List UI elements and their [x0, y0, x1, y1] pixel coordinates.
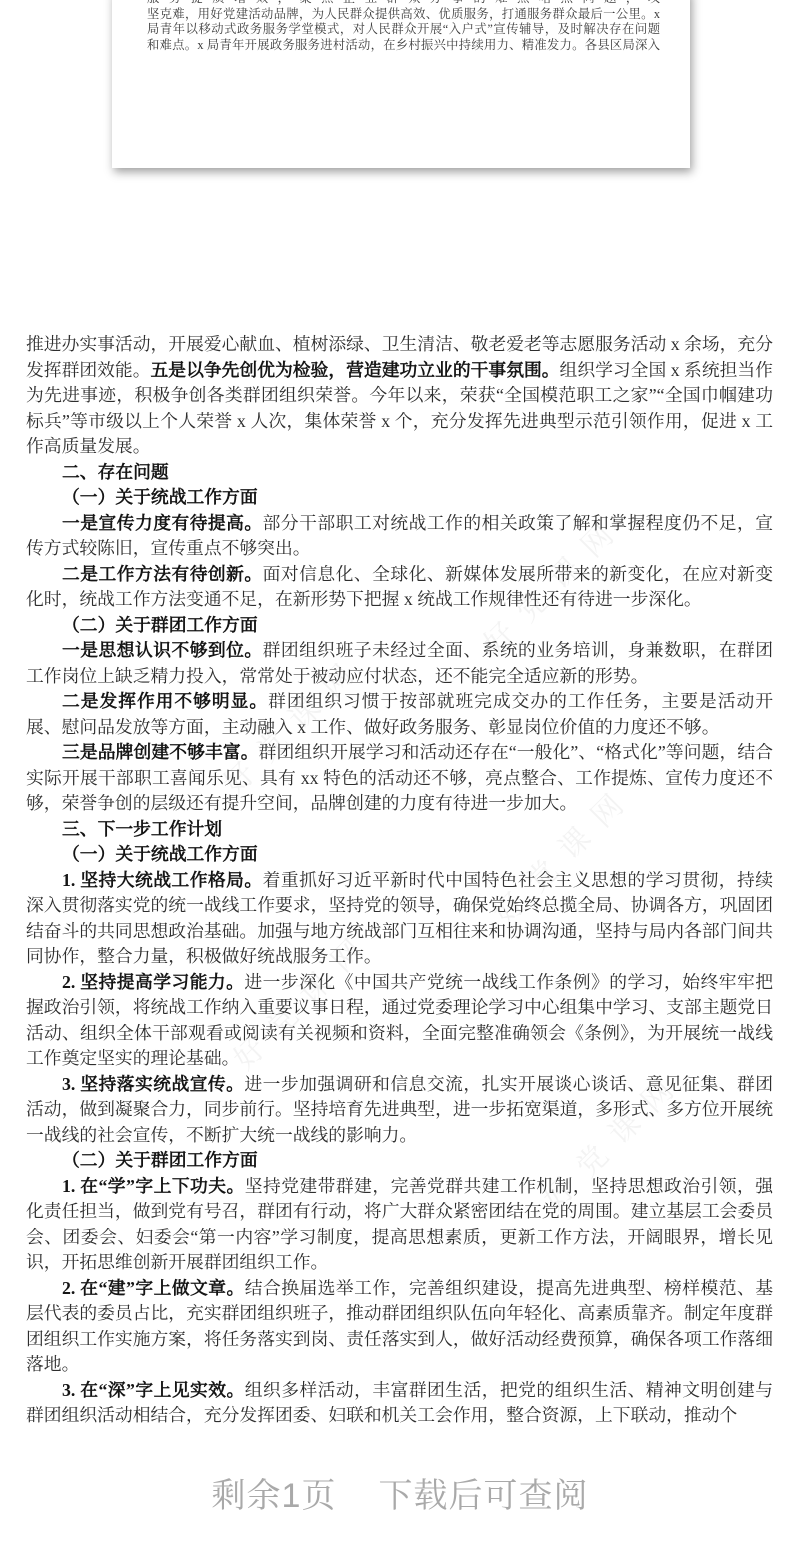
prev-page-clipped-line: 服务提质增效，聚焦企业群众办事的难点堵点问题，攻 — [147, 0, 660, 7]
bold-run: 五是以争先创优为检验，营造建功立业的干事氛围。 — [151, 360, 560, 380]
bold-run: 一是宣传力度有待提高。 — [62, 513, 263, 533]
bold-run: （一）关于统战工作方面 — [62, 487, 258, 507]
bold-run: 二是工作方法有待创新。 — [62, 564, 263, 584]
bold-run: （二）关于群团工作方面 — [62, 1150, 258, 1170]
bold-run: 三是品牌创建不够丰富。 — [62, 742, 259, 762]
document-body: 推进办实事活动，开展爱心献血、植树添绿、卫生清洁、敬老爱老等志愿服务活动 x 余… — [0, 332, 800, 1429]
bold-run: 2. 坚持提高学习能力。 — [62, 972, 244, 992]
paragraph: 2. 坚持提高学习能力。进一步深化《中国共产党统一战线工作条例》的学习，始终牢牢… — [26, 970, 773, 1072]
bold-run: 二是发挥作用不够明显。 — [62, 691, 268, 711]
paragraph: 3. 在“深”字上见实效。组织多样活动，丰富群团生活，把党的组织生活、精神文明创… — [26, 1378, 773, 1429]
paragraph: （二）关于群团工作方面 — [26, 1148, 773, 1174]
bold-run: 1. 坚持大统战工作格局。 — [62, 870, 263, 890]
paragraph: （一）关于统战工作方面 — [26, 485, 773, 511]
paragraph: 二是工作方法有待创新。面对信息化、全球化、新媒体发展所带来的新变化，在应对新变化… — [26, 562, 773, 613]
bold-run: （二）关于群团工作方面 — [62, 615, 258, 635]
paragraph: 一是思想认识不够到位。群团组织班子未经过全面、系统的业务培训，身兼数职，在群团工… — [26, 638, 773, 689]
paragraph: 1. 坚持大统战工作格局。着重抓好习近平新时代中国特色社会主义思想的学习贯彻，持… — [26, 868, 773, 970]
paragraph: 1. 在“学”字上下功夫。坚持党建带群建，完善党群共建工作机制，坚持思想政治引领… — [26, 1174, 773, 1276]
bold-run: 一是思想认识不够到位。 — [62, 640, 263, 660]
paragraph: 二、存在问题 — [26, 460, 773, 486]
bold-run: 三、下一步工作计划 — [62, 819, 222, 839]
paragraph: （二）关于群团工作方面 — [26, 613, 773, 639]
bold-run: 二、存在问题 — [62, 462, 169, 482]
previous-page-card: 服务提质增效，聚焦企业群众办事的难点堵点问题，攻 坚克难，用好党建活动品牌，为人… — [112, 0, 690, 168]
bold-run: 3. 在“深”字上见实效。 — [62, 1380, 245, 1400]
pagination-footer: 剩余1页下载后可查阅 — [0, 1468, 800, 1517]
bold-run: （一）关于统战工作方面 — [62, 844, 258, 864]
prev-page-line: 坚克难，用好党建活动品牌，为人民群众提供高效、优质服务，打通服务群众最后一公里。… — [147, 7, 660, 23]
prev-page-line: 和难点。x 局青年开展政务服务进村活动，在乡村振兴中持续用力、精准发力。各县区局… — [147, 38, 660, 54]
bold-run: 3. 坚持落实统战宣传。 — [62, 1074, 244, 1094]
paragraph: 二是发挥作用不够明显。群团组织习惯于按部就班完成交办的工作任务，主要是活动开展、… — [26, 689, 773, 740]
bold-run: 2. 在“建”字上做文章。 — [62, 1278, 245, 1298]
paragraph: 三是品牌创建不够丰富。群团组织开展学习和活动还存在“一般化”、“格式化”等问题，… — [26, 740, 773, 817]
paragraph: 一是宣传力度有待提高。部分干部职工对统战工作的相关政策了解和掌握程度仍不足，宣传… — [26, 511, 773, 562]
download-hint-label[interactable]: 下载后可查阅 — [378, 1477, 588, 1515]
paragraph: 推进办实事活动，开展爱心献血、植树添绿、卫生清洁、敬老爱老等志愿服务活动 x 余… — [26, 332, 773, 460]
bold-run: 1. 在“学”字上下功夫。 — [62, 1176, 245, 1196]
prev-page-line: 局青年以移动式政务服务学堂模式，对人民群众开展“入户式”宣传辅导，及时解决存在问… — [147, 22, 660, 38]
paragraph: 2. 在“建”字上做文章。结合换届选举工作，完善组织建设，提高先进典型、榜样模范… — [26, 1276, 773, 1378]
paragraph: 三、下一步工作计划 — [26, 817, 773, 843]
paragraph: （一）关于统战工作方面 — [26, 842, 773, 868]
remaining-pages-label: 剩余1页 — [212, 1477, 337, 1515]
paragraph: 3. 坚持落实统战宣传。进一步加强调研和信息交流，扎实开展谈心谈话、意见征集、群… — [26, 1072, 773, 1149]
